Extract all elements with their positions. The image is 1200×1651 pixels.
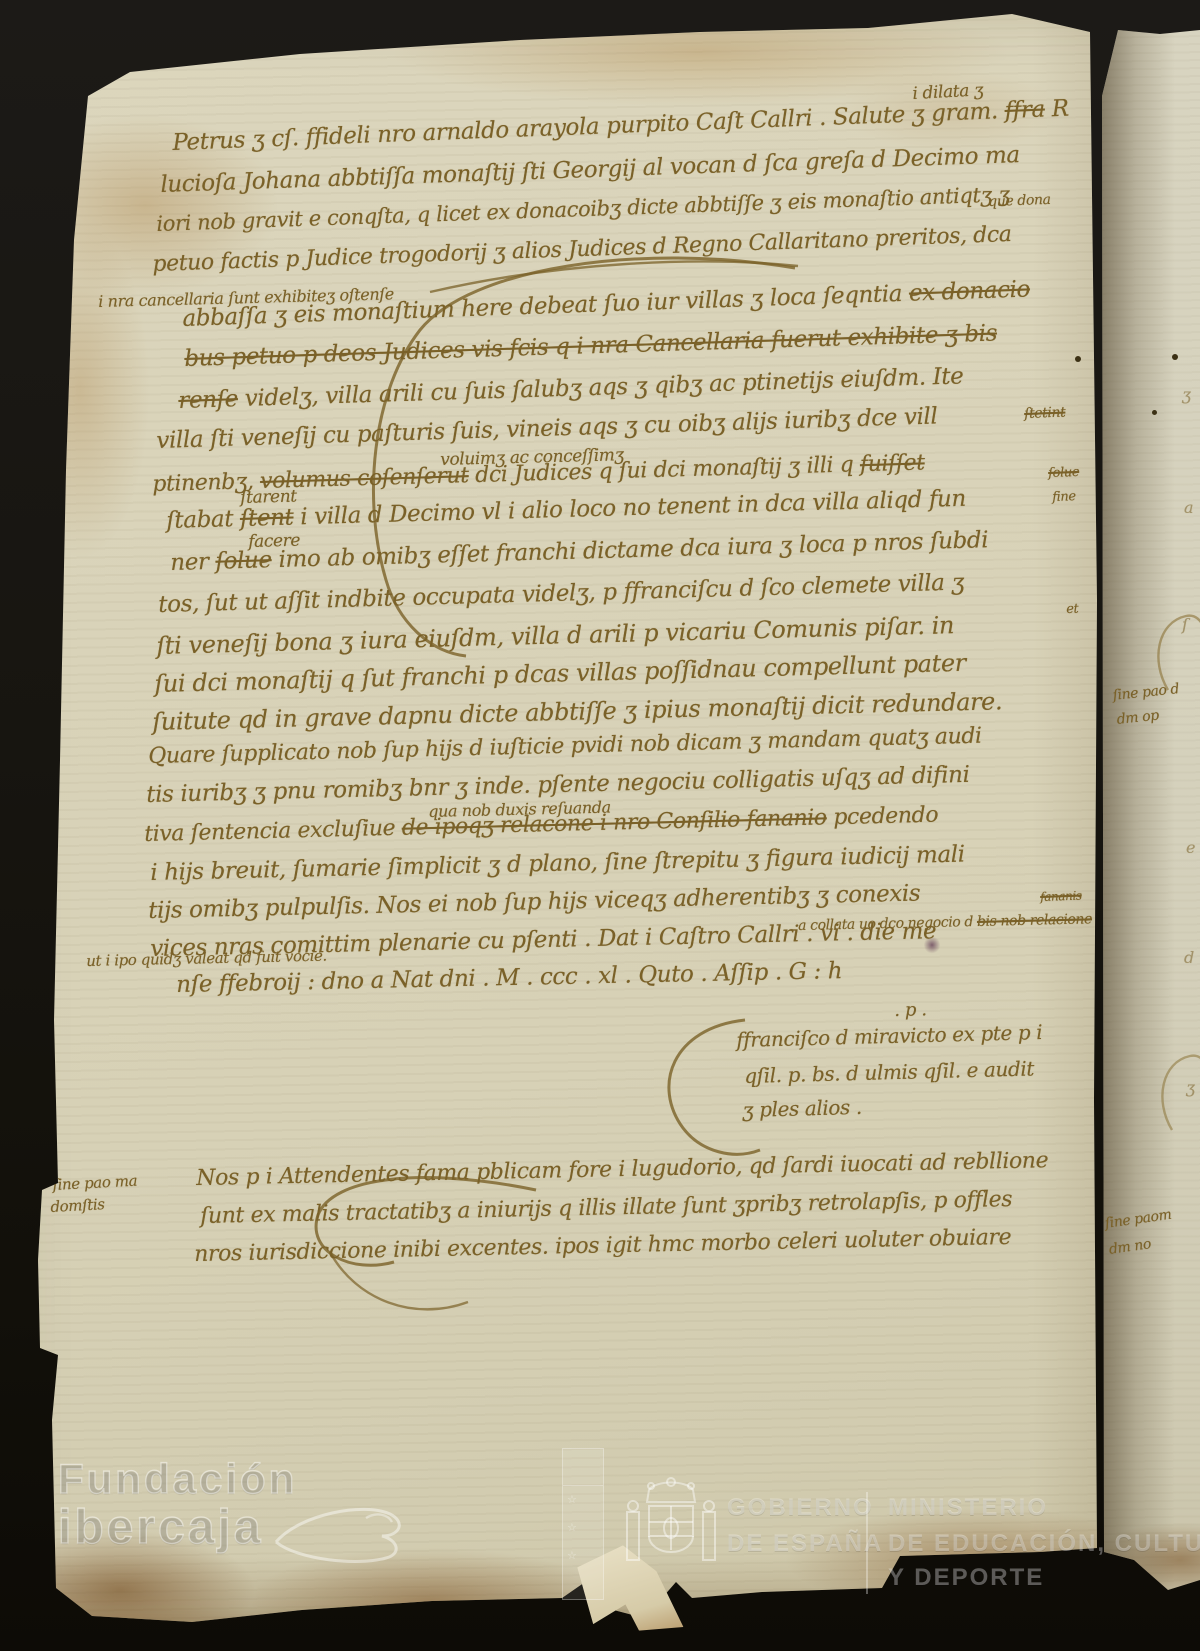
ministerio-watermark-line2: DE EDUCACIÓN, CULTURA	[888, 1532, 1200, 1556]
manuscript-line: nros iurisdiccione inibi excentes. ipos …	[194, 1225, 1012, 1267]
gobierno-watermark-line1: GOBIERNO	[727, 1496, 874, 1520]
facing-page-note: dm no	[1108, 1236, 1152, 1258]
ibercaja-watermark-line1: Fundación	[58, 1458, 297, 1500]
facing-page-note: ſine paom	[1104, 1207, 1172, 1232]
manuscript-line: Nos p i Attendentes fama pblicam fore i …	[196, 1148, 1048, 1191]
manuscript-line: e	[1186, 838, 1195, 857]
manuscript-line: que dona	[988, 192, 1051, 210]
manuscript-line: bus petuo p deos Judices vis fcis q i nr…	[184, 320, 997, 372]
manuscript-line: et	[1066, 602, 1079, 617]
manuscript-line: fine	[1052, 489, 1076, 505]
ibercaja-watermark-line2: ibercaja	[58, 1504, 263, 1552]
gobierno-watermark-line2: DE ESPAÑA	[727, 1532, 883, 1556]
signature-line: ʒ ples alios .	[742, 1095, 862, 1122]
signature-line: qſil. p. bs. d ulmis qſil. e audit	[744, 1056, 1034, 1088]
manuscript-line: tos, ſut ut aſſit indbite occupata videl…	[158, 569, 964, 617]
manuscript-text: i dilata ʒPetrus ʒ cſ. ffideli nro arnal…	[0, 0, 1200, 1651]
margin-note: domſtis	[50, 1195, 105, 1216]
ink-dot	[1172, 354, 1178, 360]
manuscript-line: ʒ	[1182, 385, 1191, 404]
manuscript-line: ʒ	[1186, 1078, 1195, 1097]
manuscript-line: ſolue	[1048, 465, 1079, 481]
flag-pictogram-icon: ☆ ☆ ☆	[562, 1448, 604, 1600]
ink-dot	[1152, 410, 1157, 415]
ink-dot	[1075, 356, 1081, 362]
manuscript-line: ſtetint	[1024, 405, 1066, 422]
watermark-divider	[866, 1492, 868, 1594]
manuscript-line: ſ	[1182, 615, 1188, 634]
facing-page-note: dm op	[1116, 708, 1160, 728]
manuscript-line: d	[1184, 948, 1194, 967]
manuscript-line: i hijs breuit, ſumarie ſimplicit ʒ d pla…	[150, 842, 965, 886]
manuscript-photo: i dilata ʒPetrus ʒ cſ. ffideli nro arnal…	[0, 0, 1200, 1651]
manuscript-line: fananis	[1040, 889, 1082, 904]
manuscript-line: ſunt ex malis tractatibʒ a iniurijs q il…	[200, 1187, 1012, 1229]
signature-line: ffranciſco d miravicto ex pte p i	[736, 1020, 1043, 1052]
ministerio-watermark-line1: MINISTERIO	[888, 1496, 1048, 1520]
margin-note: ſine pao ma	[52, 1172, 138, 1194]
signature-mark: . p .	[894, 999, 927, 1021]
facing-page-note: ſine pao d	[1112, 681, 1180, 704]
manuscript-line: ut i ipo quidʒ valeat qd fuit vocie.	[86, 947, 327, 970]
ministerio-watermark-line3: Y DEPORTE	[888, 1566, 1044, 1590]
manuscript-line: a	[1184, 498, 1193, 517]
